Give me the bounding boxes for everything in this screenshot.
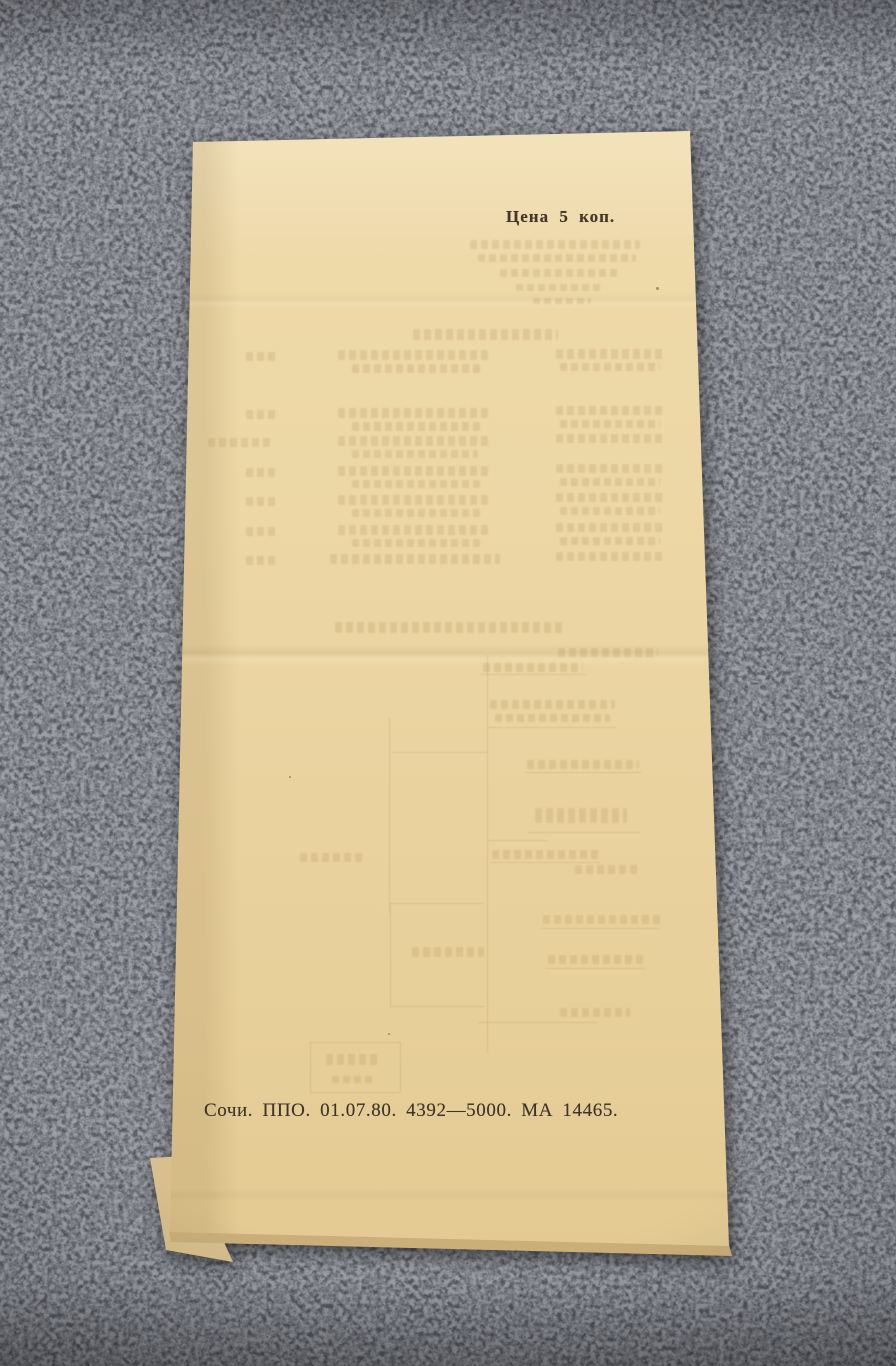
ghost-text-blob xyxy=(246,527,276,536)
ghost-bracket-line xyxy=(490,862,600,863)
ghost-text-blob xyxy=(500,269,618,277)
ghost-bracket-line xyxy=(478,1022,598,1023)
ghost-text-blob xyxy=(330,554,500,564)
ghost-text-blob xyxy=(560,507,660,515)
ghost-text-blob xyxy=(556,552,664,561)
ghost-text-blob xyxy=(338,408,488,418)
ghost-text-blob xyxy=(575,865,640,874)
ghost-text-blob xyxy=(470,240,640,249)
ghost-text-blob xyxy=(556,493,664,502)
ghost-text-blob xyxy=(246,410,276,419)
ghost-text-blob xyxy=(492,850,600,859)
ghost-text-blob xyxy=(326,1054,380,1065)
ghost-bracket-line xyxy=(487,655,488,1053)
ghost-text-blob xyxy=(300,853,364,862)
printer-imprint-label: Сочи. ППО. 01.07.80. 4392—5000. МА 14465… xyxy=(204,1100,618,1122)
ghost-text-blob xyxy=(246,497,276,506)
ghost-bracket-line xyxy=(525,772,641,773)
ghost-text-blob xyxy=(338,466,488,476)
ghost-text-blob xyxy=(246,468,276,477)
ghost-text-blob xyxy=(556,523,664,532)
ghost-text-blob xyxy=(352,539,480,547)
back-cover-page: Цена 5 коп. Сочи. ППО. 01.07.80. 4392—50… xyxy=(0,0,896,1366)
ghost-text-blob xyxy=(335,622,563,633)
ghost-text-blob xyxy=(483,663,583,672)
ghost-text-blob xyxy=(338,495,488,505)
ghost-text-blob xyxy=(533,298,591,304)
ghost-bracket-line xyxy=(389,718,390,913)
ghost-text-blob xyxy=(246,352,276,361)
ghost-bracket-line xyxy=(400,1042,401,1092)
showthrough-layer xyxy=(0,0,896,1366)
ghost-text-blob xyxy=(556,434,664,443)
ghost-text-blob xyxy=(490,700,615,709)
price-label: Цена 5 коп. xyxy=(506,207,615,227)
ghost-text-blob xyxy=(560,1008,630,1017)
ghost-text-blob xyxy=(548,955,643,964)
ghost-text-blob xyxy=(352,450,478,458)
ghost-text-blob xyxy=(478,254,636,262)
ghost-text-blob xyxy=(208,438,272,447)
ghost-text-blob xyxy=(560,537,660,545)
ghost-text-blob xyxy=(558,648,658,657)
ghost-text-blob xyxy=(352,422,480,431)
ghost-text-blob xyxy=(352,509,480,517)
ghost-text-blob xyxy=(556,406,664,415)
ghost-text-blob xyxy=(556,464,664,473)
ghost-bracket-line xyxy=(528,832,640,833)
ghost-text-blob xyxy=(556,349,664,359)
ghost-text-blob xyxy=(352,364,480,373)
ghost-text-blob xyxy=(413,329,558,340)
ghost-bracket-line xyxy=(488,840,548,841)
ghost-bracket-line xyxy=(480,674,586,675)
ghost-text-blob xyxy=(543,915,661,924)
ghost-text-blob xyxy=(495,714,610,722)
ghost-text-blob xyxy=(527,760,639,769)
ghost-text-blob xyxy=(535,808,627,823)
ghost-text-blob xyxy=(352,480,480,488)
ghost-text-blob xyxy=(246,556,276,565)
photo-scene: Цена 5 коп. Сочи. ППО. 01.07.80. 4392—50… xyxy=(0,0,896,1366)
ghost-bracket-line xyxy=(390,903,391,1006)
ghost-bracket-line xyxy=(540,928,660,929)
ghost-bracket-line xyxy=(310,1042,311,1092)
program-booklet: Цена 5 коп. Сочи. ППО. 01.07.80. 4392—50… xyxy=(0,0,896,1366)
ghost-text-blob xyxy=(338,350,488,360)
ghost-text-blob xyxy=(560,478,660,486)
ghost-text-blob xyxy=(338,436,488,446)
ghost-text-blob xyxy=(560,420,660,428)
ghost-bracket-line xyxy=(392,752,487,753)
ghost-bracket-line xyxy=(545,968,645,969)
ghost-bracket-line xyxy=(310,1042,400,1043)
ghost-text-blob xyxy=(338,525,488,535)
ghost-text-blob xyxy=(516,284,602,291)
ghost-bracket-line xyxy=(488,727,616,728)
ghost-bracket-line xyxy=(390,1006,484,1007)
ghost-text-blob xyxy=(560,363,660,371)
ghost-bracket-line xyxy=(390,903,484,904)
ghost-text-blob xyxy=(412,947,484,957)
ghost-bracket-line xyxy=(310,1092,400,1093)
ghost-text-blob xyxy=(332,1076,376,1083)
